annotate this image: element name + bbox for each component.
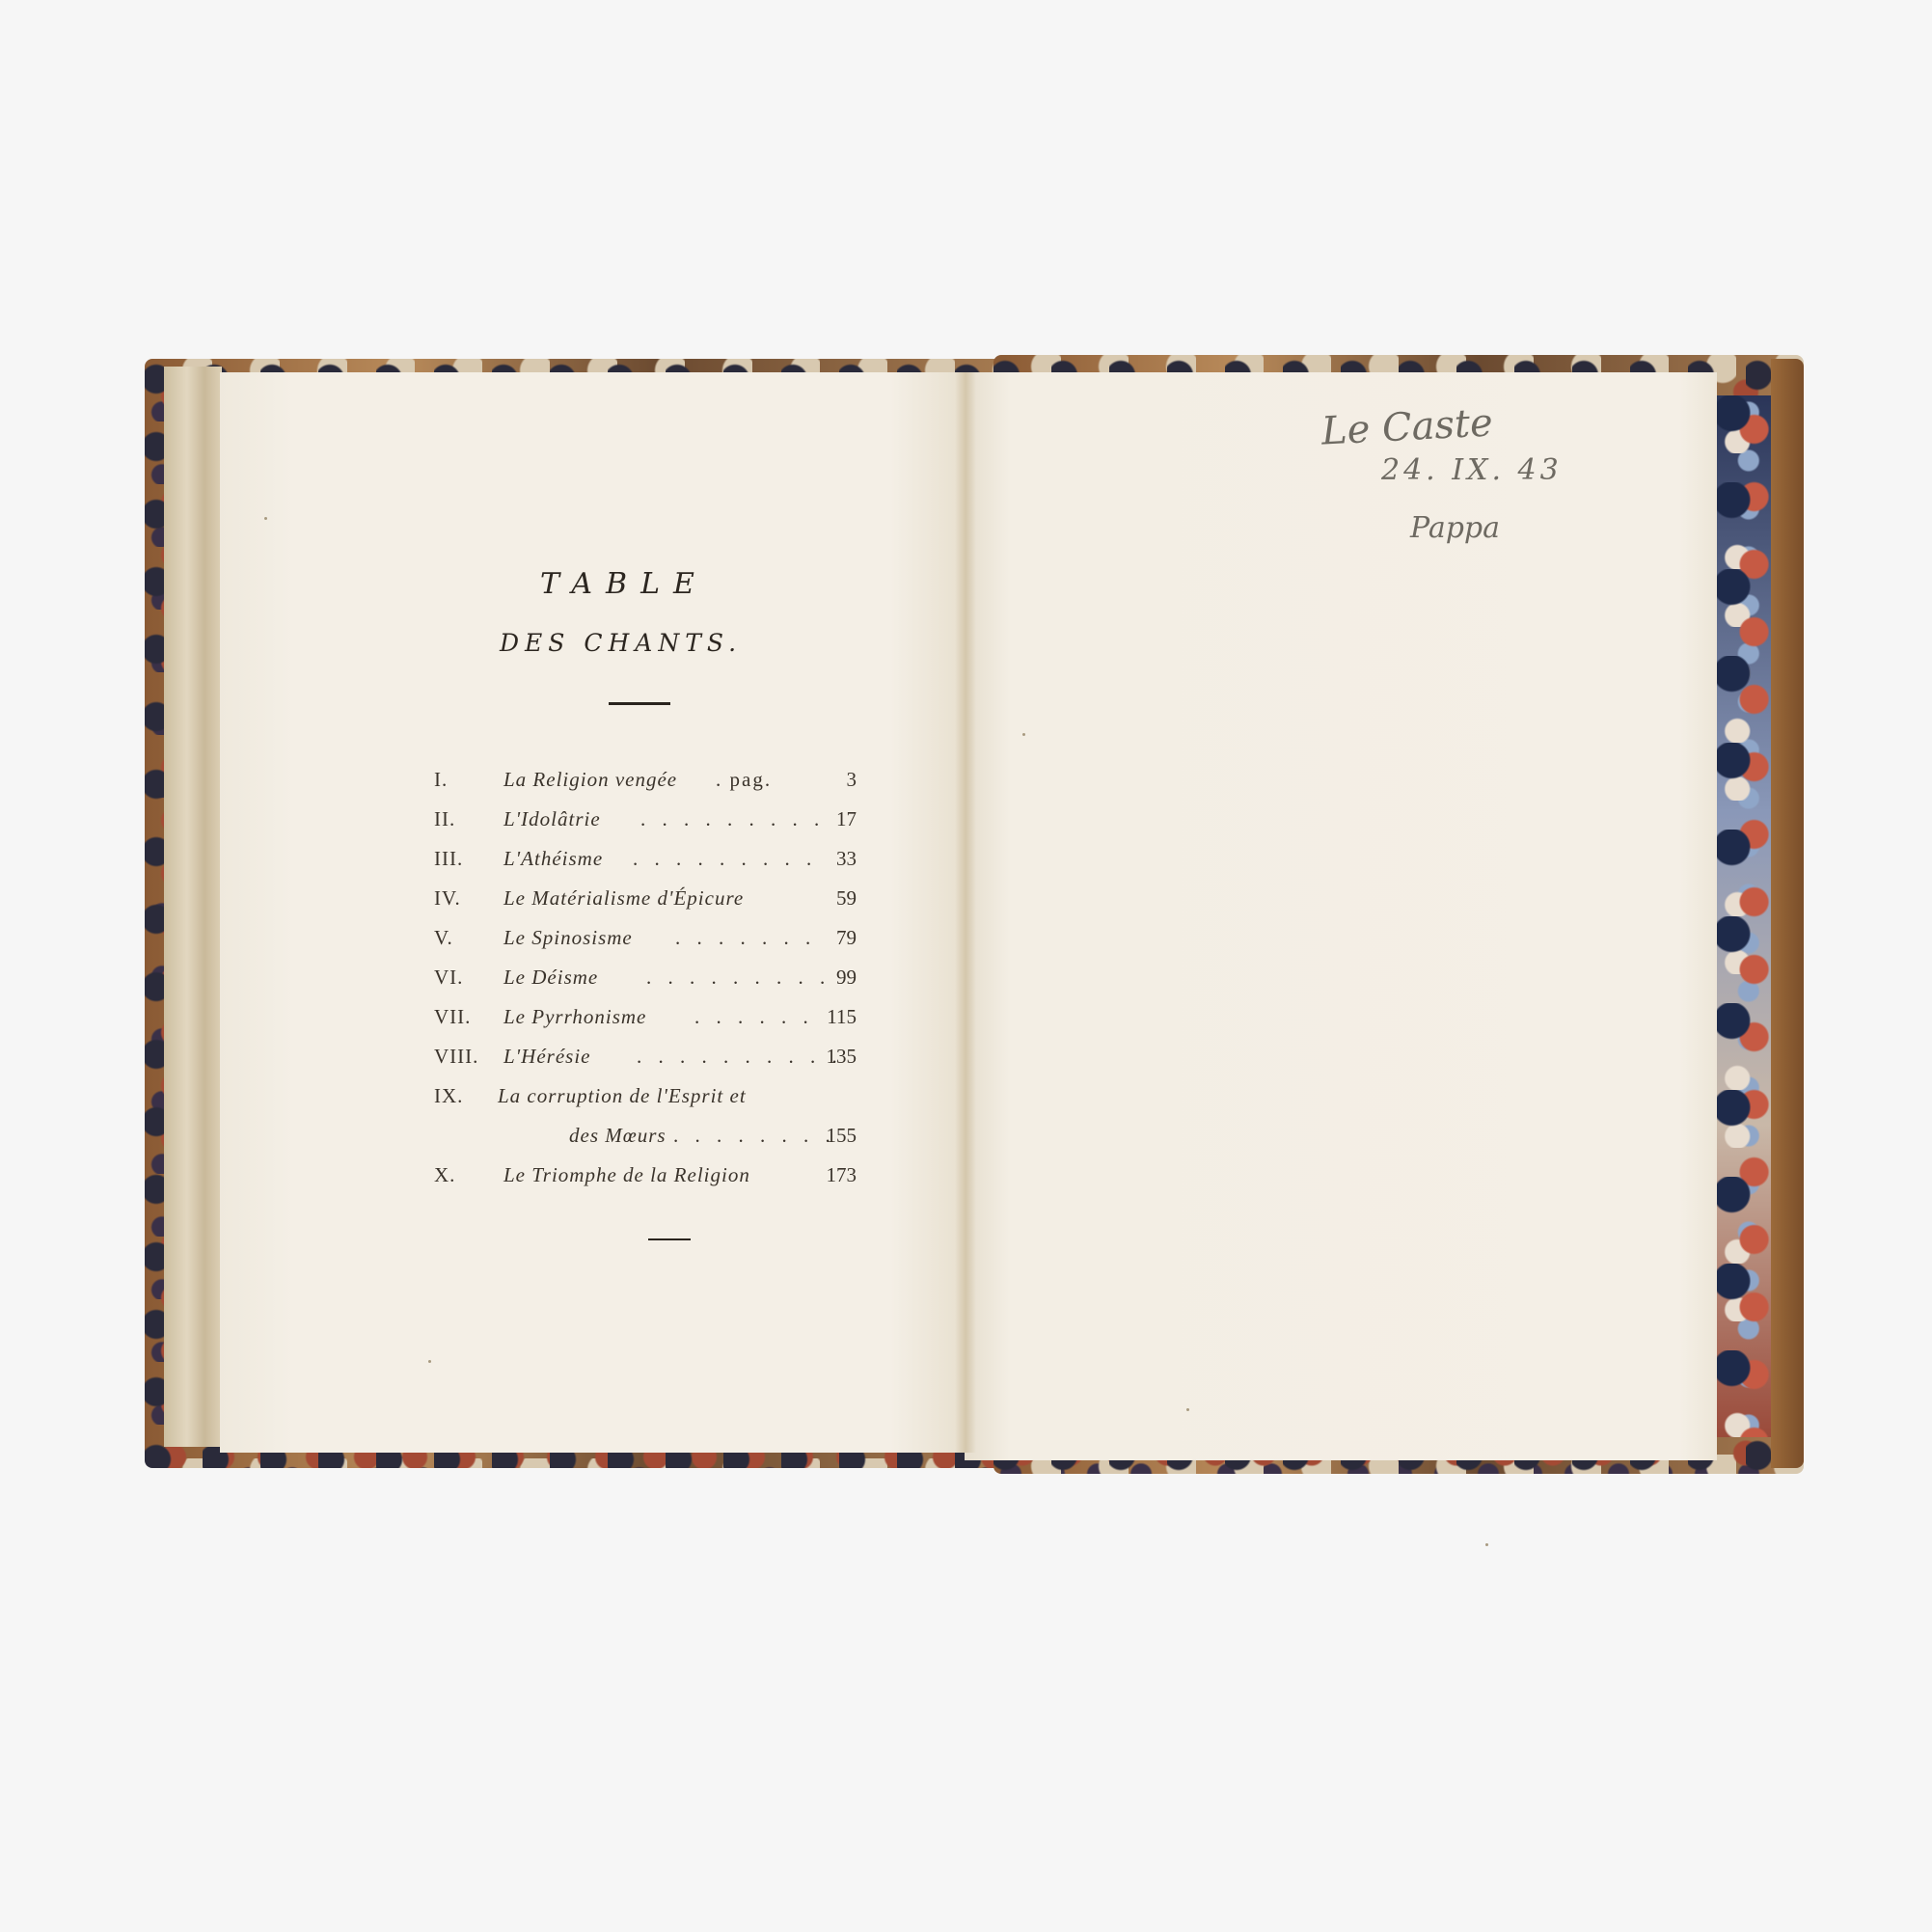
page-leader: . . . . . . . . . — [633, 839, 817, 879]
handwritten-note: Pappa — [1410, 511, 1500, 545]
handwritten-date: 24. IX. 43 — [1381, 453, 1563, 487]
page-number: 59 — [836, 879, 857, 918]
title-rule — [609, 702, 670, 705]
toc-entry: X. Le Triomphe de la Religion 173 — [434, 1156, 858, 1195]
chapter-title: L'Idolâtrie — [503, 800, 601, 839]
chapter-title: L'Athéisme — [503, 839, 603, 879]
chapter-number: X. — [434, 1156, 455, 1195]
page-number: 79 — [836, 918, 857, 958]
book-gutter — [955, 372, 976, 1453]
chapter-number: II. — [434, 800, 455, 839]
page-number: 135 — [827, 1037, 857, 1076]
toc-entry-continued: des Mœurs . . . . . . . . 155 — [434, 1116, 858, 1156]
chapter-number: IV. — [434, 879, 461, 918]
page-number: 173 — [827, 1156, 857, 1195]
page-number: 33 — [836, 839, 857, 879]
chapter-title: Le Matérialisme d'Épicure — [503, 879, 744, 918]
chapter-title: Le Triomphe de la Religion — [503, 1156, 750, 1195]
table-of-contents: I. La Religion vengée . pag. 3 II. L'Ido… — [434, 760, 858, 1195]
toc-subtitle: DES CHANTS. — [500, 629, 828, 657]
chapter-number: I. — [434, 760, 448, 800]
handwritten-name: Le Caste — [1320, 400, 1494, 453]
leather-cover-edge — [1771, 359, 1804, 1468]
page-leader: . . . . . . — [694, 997, 814, 1037]
text-block-edge — [164, 367, 222, 1447]
chapter-title: Le Pyrrhonisme — [503, 997, 646, 1037]
chapter-title: Le Déisme — [503, 958, 598, 997]
chapter-title: La Religion vengée — [503, 760, 677, 800]
page-number: 17 — [836, 800, 857, 839]
toc-entry: IX. La corruption de l'Esprit et — [434, 1076, 858, 1116]
right-page — [965, 372, 1717, 1460]
open-book: TABLE DES CHANTS. I. La Religion vengée … — [0, 0, 1932, 1932]
chapter-number: IX. — [434, 1076, 463, 1116]
marbled-endpaper-edge — [1715, 395, 1771, 1437]
chapter-number: VII. — [434, 997, 471, 1037]
toc-entry: VIII. L'Hérésie . . . . . . . . . . 135 — [434, 1037, 858, 1076]
page-leader: . . . . . . . . — [673, 1116, 836, 1156]
page-leader: . . . . . . . . . — [640, 800, 825, 839]
chapter-title: Le Spinosisme — [503, 918, 633, 958]
chapter-number: V. — [434, 918, 453, 958]
page-leader: . pag. — [716, 760, 772, 800]
toc-entry: I. La Religion vengée . pag. 3 — [434, 760, 858, 800]
toc-entry: II. L'Idolâtrie . . . . . . . . . 17 — [434, 800, 858, 839]
toc-entry: VII. Le Pyrrhonisme . . . . . . 115 — [434, 997, 858, 1037]
toc-entry: IV. Le Matérialisme d'Épicure 59 — [434, 879, 858, 918]
toc-title: TABLE — [540, 567, 791, 601]
toc-entry: III. L'Athéisme . . . . . . . . . 33 — [434, 839, 858, 879]
end-rule — [648, 1238, 691, 1240]
page-leader: . . . . . . . — [675, 918, 816, 958]
toc-entry: VI. Le Déisme . . . . . . . . . 99 — [434, 958, 858, 997]
chapter-number: VI. — [434, 958, 463, 997]
page-number: 155 — [827, 1116, 857, 1156]
chapter-title: La corruption de l'Esprit et — [498, 1076, 747, 1116]
page-number: 115 — [827, 997, 857, 1037]
page-leader: . . . . . . . . . . — [637, 1037, 843, 1076]
toc-entry: V. Le Spinosisme . . . . . . . 79 — [434, 918, 858, 958]
page-number: 3 — [847, 760, 857, 800]
chapter-title: L'Hérésie — [503, 1037, 590, 1076]
page-leader: . . . . . . . . . — [646, 958, 830, 997]
chapter-title: des Mœurs — [569, 1116, 667, 1156]
chapter-number: VIII. — [434, 1037, 478, 1076]
page-number: 99 — [836, 958, 857, 997]
chapter-number: III. — [434, 839, 463, 879]
